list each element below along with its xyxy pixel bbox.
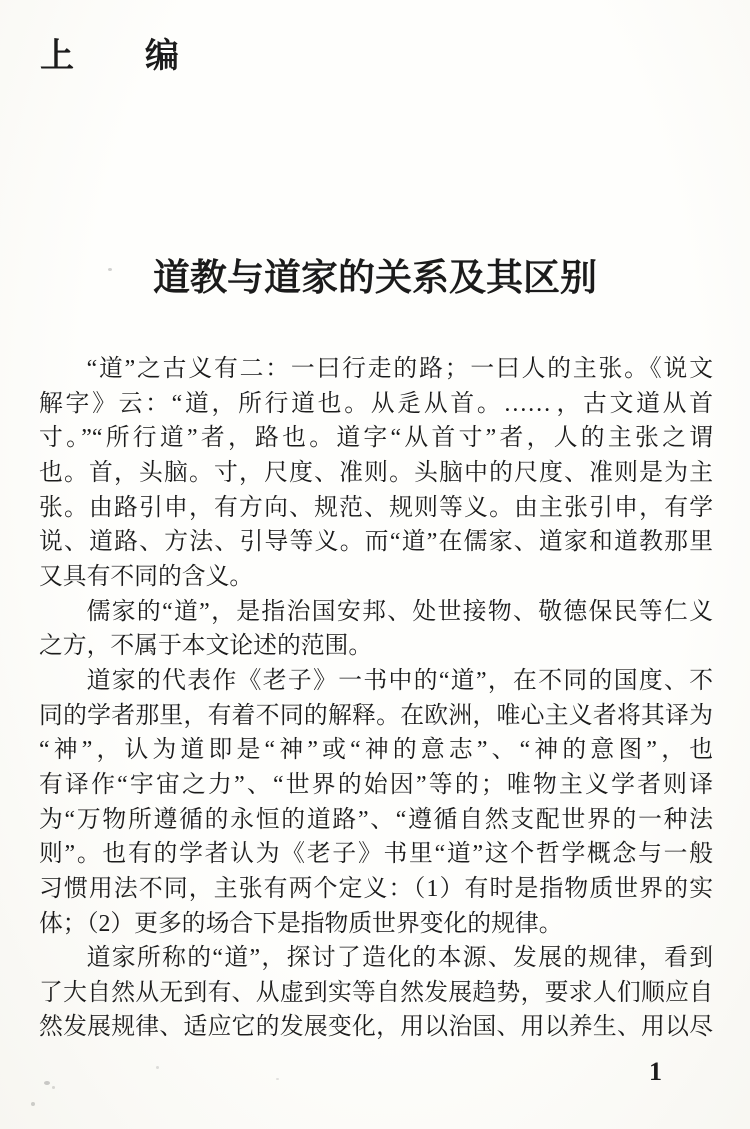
text-line: 道家所称的“道”，探讨了造化的本源、发展的规律，看到 (39, 941, 713, 976)
text-line: 说、道路、方法、引导等义。而“道”在儒家、道家和道教那里 (39, 525, 713, 560)
text-line: 有译作“宇宙之力”、“世界的始因”等的；唯物主义学者则译 (39, 768, 713, 803)
text-line: 体；（2）更多的场合下是指物质世界变化的规律。 (39, 907, 713, 942)
text-line: 然发展规律、适应它的发展变化，用以治国、用以养生、用以尽 (39, 1010, 713, 1045)
text-line: 习惯用法不同，主张有两个定义：（1）有时是指物质世界的实 (39, 872, 713, 907)
scan-speck (44, 1081, 50, 1085)
paragraph: 道家所称的“道”，探讨了造化的本源、发展的规律，看到了大自然从无到有、从虚到实等… (39, 941, 713, 1045)
paragraph: 儒家的“道”，是指治国安邦、处世接物、敬德保民等仁义之方，不属于本文论述的范围。 (39, 595, 713, 664)
text-line: 之方，不属于本文论述的范围。 (39, 629, 713, 664)
body-text: “道”之古义有二：一曰行走的路；一曰人的主张。《说文解字》云：“道，所行道也。从… (39, 352, 713, 1045)
text-line: 解字》云：“道，所行道也。从辵从首。……𡬹，古文道从首 (39, 387, 713, 422)
text-line: 张。由路引申，有方向、规范、规则等义。由主张引申，有学 (39, 491, 713, 526)
text-line: 道家的代表作《老子》一书中的“道”，在不同的国度、不 (39, 664, 713, 699)
text-line: 又具有不同的含义。 (39, 560, 713, 595)
text-line: 同的学者那里，有着不同的解释。在欧洲，唯心主义者将其译为 (39, 699, 713, 734)
paragraph: “道”之古义有二：一曰行走的路；一曰人的主张。《说文解字》云：“道，所行道也。从… (39, 352, 713, 595)
chapter-title: 道教与道家的关系及其区别 (0, 247, 750, 301)
page-number: 1 (649, 1057, 662, 1087)
text-line: 也。首，头脑。寸，尺度、准则。头脑中的尺度、准则是为主 (39, 456, 713, 491)
text-line: 儒家的“道”，是指治国安邦、处世接物、敬德保民等仁义 (39, 595, 713, 630)
book-page: 上 编 道教与道家的关系及其区别 “道”之古义有二：一曰行走的路；一曰人的主张。… (0, 0, 750, 1129)
paragraph: 道家的代表作《老子》一书中的“道”，在不同的国度、不同的学者那里，有着不同的解释… (39, 664, 713, 941)
text-line: “神”，认为道即是“神”或“神的意志”、“神的意图”，也 (39, 733, 713, 768)
scan-speck (31, 1102, 35, 1106)
scan-speck (108, 268, 112, 271)
text-line: 为“万物所遵循的永恒的道路”、“遵循自然支配世界的一种法 (39, 803, 713, 838)
scan-speck (52, 1086, 55, 1089)
scan-speck (276, 1078, 279, 1080)
text-line: 寸。”“所行道”者，路也。道字“从首寸”者，人的主张之谓 (39, 421, 713, 456)
part-label: 上 编 (40, 28, 180, 77)
text-line: 则”。也有的学者认为《老子》书里“道”这个哲学概念与一般 (39, 837, 713, 872)
scan-speck (156, 1066, 159, 1069)
text-line: 了大自然从无到有、从虚到实等自然发展趋势，要求人们顺应自 (39, 976, 713, 1011)
text-line: “道”之古义有二：一曰行走的路；一曰人的主张。《说文 (39, 352, 713, 387)
